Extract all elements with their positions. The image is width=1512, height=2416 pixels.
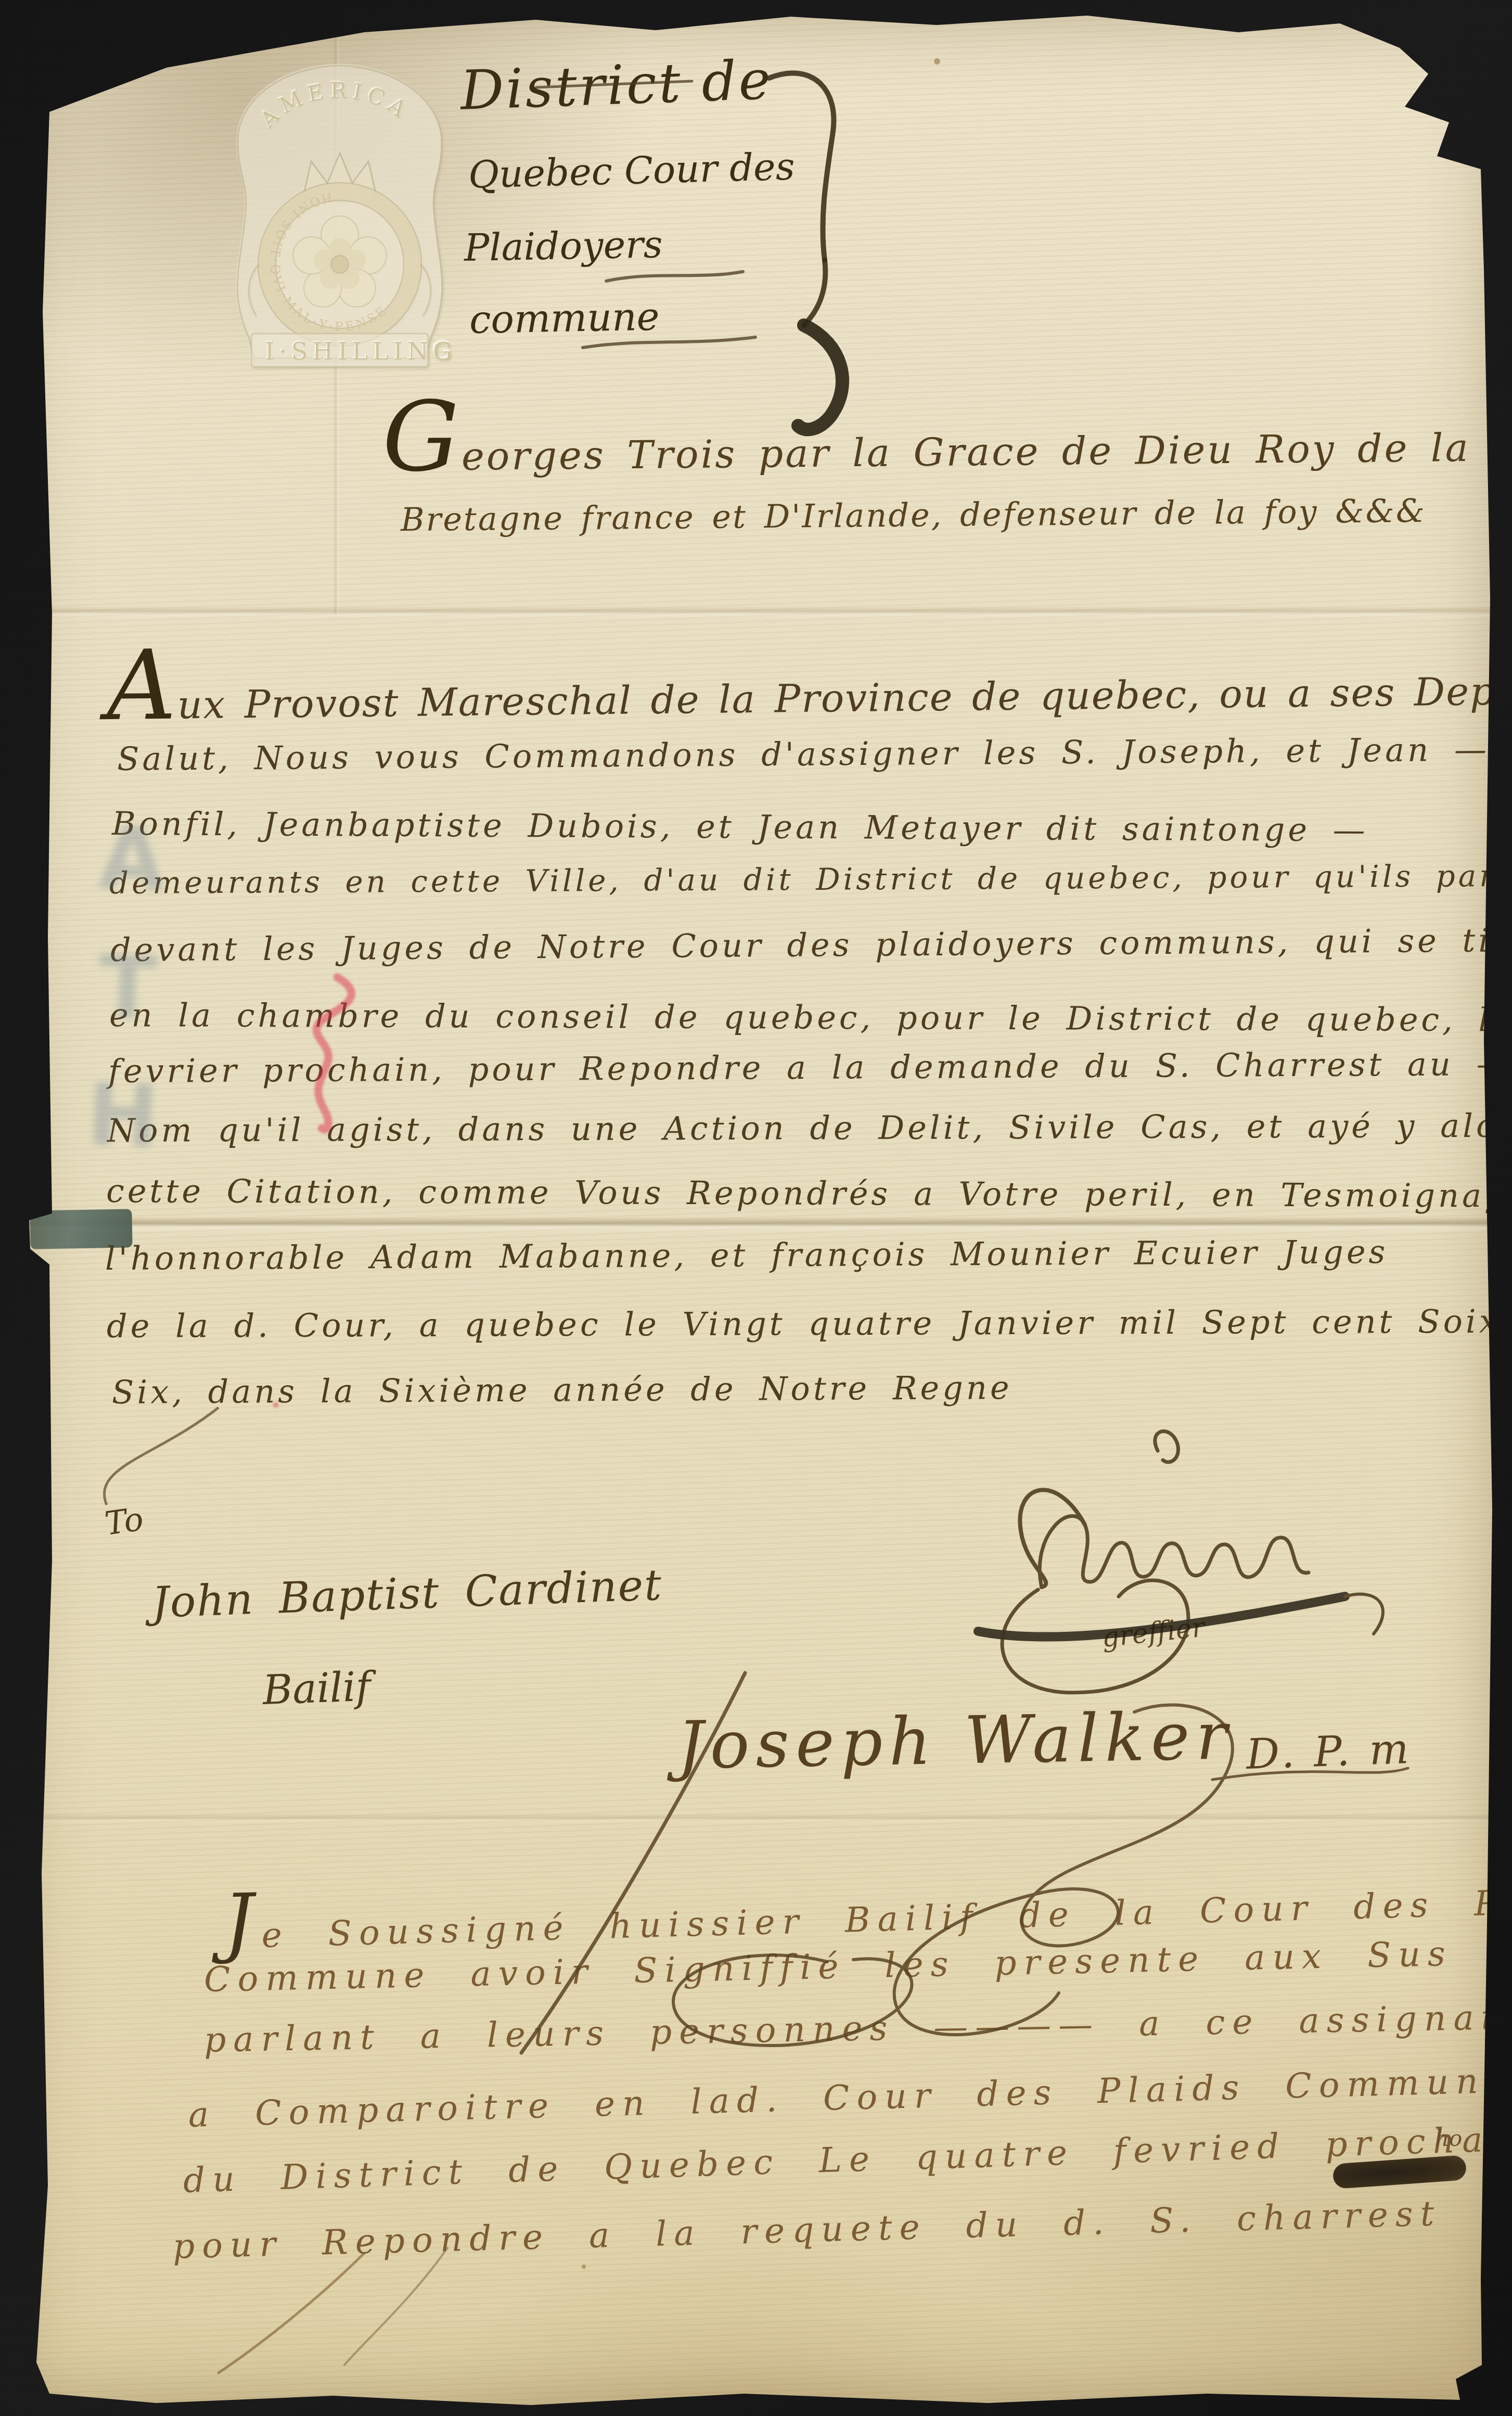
return-line-6: pour Repondre a la requete du d. S. char… bbox=[172, 2189, 1512, 2264]
header-quebec-court-line: Quebec Cour des bbox=[468, 148, 795, 194]
address-recipient-name: John Baptist Cardinet bbox=[151, 1564, 663, 1625]
paper-sheet: AMERICA AMERICA HONI·SOIT·QVI·MAL·Y·PENS… bbox=[0, 0, 1512, 2416]
ink-speck bbox=[1478, 103, 1482, 108]
body-line-1: Aux Provost Mareschal de la Province de … bbox=[106, 644, 1512, 725]
ink-speck bbox=[934, 58, 940, 65]
header-district-line: District de bbox=[459, 53, 773, 118]
royal-style-line-1: Georges Trois par la Grace de Dieu Roy d… bbox=[382, 400, 1512, 477]
royal-style-line-2: Bretagne france et D'Irlande, defenseur … bbox=[401, 495, 1426, 536]
clerk-signature-flourish bbox=[978, 1431, 1383, 1693]
body-line-10: l'honnorable Adam Mabanne, et françois M… bbox=[105, 1236, 1389, 1275]
fold-crease-middle bbox=[0, 1217, 1512, 1233]
fold-crease-top bbox=[0, 606, 1512, 619]
body-line-6: en la chambre du conseil de quebec, pour… bbox=[109, 999, 1512, 1037]
body-line-5: devant les Juges de Notre Cour des plaid… bbox=[110, 924, 1512, 966]
return-line-4: a Comparoitre en lad. Cour des Plaids Co… bbox=[188, 2061, 1512, 2132]
fold-crease-bottom bbox=[0, 1813, 1512, 1824]
scanned-document: AMERICA AMERICA HONI·SOIT·QVI·MAL·Y·PENS… bbox=[0, 0, 1512, 2416]
ghost-blue-stamp: ATH bbox=[72, 808, 184, 1133]
header-brace bbox=[769, 73, 842, 430]
body-line-7: fevrier prochain, pour Repondre a la dem… bbox=[108, 1048, 1512, 1088]
walker-signature-name: Joseph Walker bbox=[677, 1703, 1234, 1779]
address-to-label: To bbox=[103, 1503, 146, 1540]
body-line-8: Nom qu'il agist, dans une Action de Deli… bbox=[107, 1109, 1512, 1147]
address-recipient-title: Bailif bbox=[262, 1667, 371, 1711]
body-line-11: de la d. Cour, a quebec le Vingt quatre … bbox=[107, 1305, 1512, 1343]
return-line-5: du District de Quebec Le quatre fevried … bbox=[183, 2118, 1512, 2198]
header-commune-line: commune bbox=[469, 298, 660, 339]
body-line-2: Salut, Nous vous Commandons d'assigner l… bbox=[117, 734, 1490, 775]
walker-signature-suffix: D. P. m bbox=[1246, 1728, 1413, 1775]
embossed-revenue-stamp: AMERICA AMERICA HONI·SOIT·QVI·MAL·Y·PENS… bbox=[207, 46, 472, 381]
clerk-title-greffier: greffier bbox=[1100, 1614, 1206, 1651]
body-line-12: Six, dans la Sixième année de Notre Regn… bbox=[112, 1372, 1013, 1409]
body-line-4: demeurants en cette Ville, d'au dit Dist… bbox=[109, 860, 1512, 898]
header-plaidoyers-line: Plaidoyers bbox=[464, 225, 663, 266]
superscript-annotation: ho bbox=[1435, 2126, 1462, 2151]
address-lead-in-flourish bbox=[104, 1408, 219, 1505]
body-line-3: Bonfil, Jeanbaptiste Dubois, et Jean Met… bbox=[112, 808, 1368, 847]
return-line-3: parlant a leurs personnes ———— a ce assi… bbox=[203, 1999, 1512, 2057]
body-line-9: cette Citation, comme Vous Repondrés a V… bbox=[106, 1175, 1512, 1212]
ink-speck bbox=[582, 2265, 586, 2269]
stamp-denomination: I·SHILLING bbox=[265, 337, 457, 365]
return-line-descenders bbox=[219, 2248, 447, 2373]
